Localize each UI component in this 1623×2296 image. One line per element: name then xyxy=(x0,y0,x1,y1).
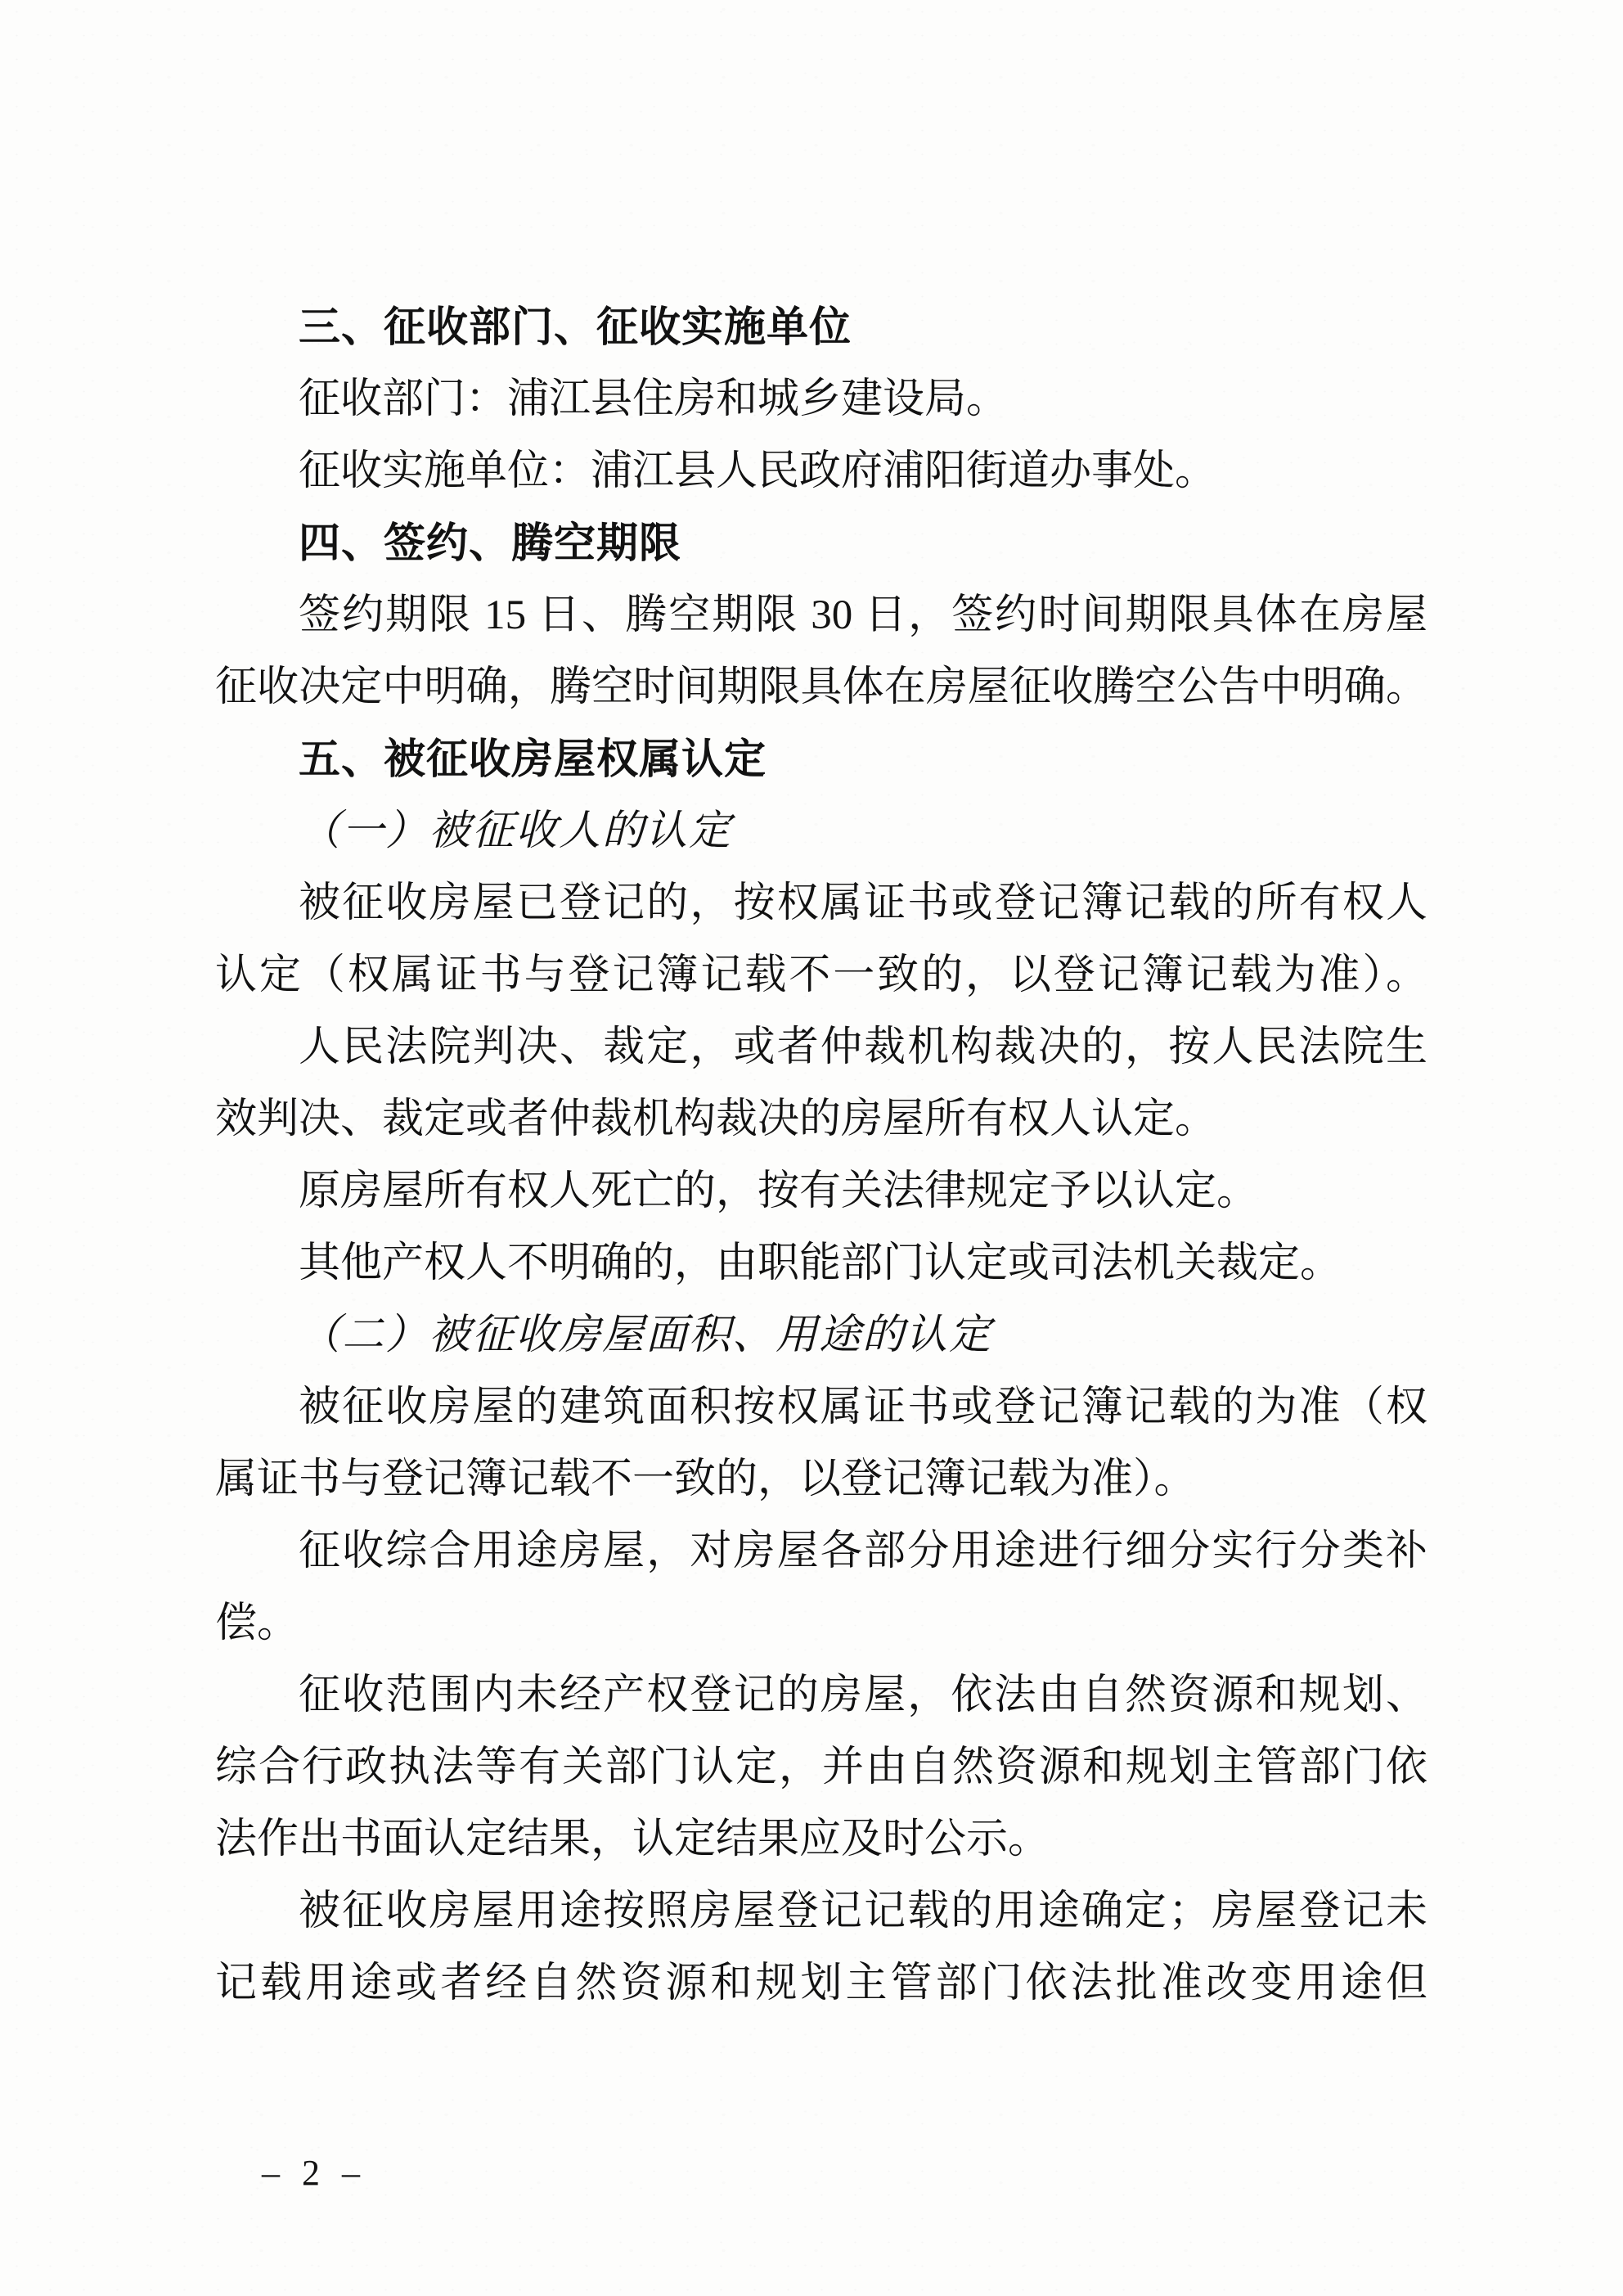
body-line: 签约期限 15 日、腾空期限 30 日，签约时间期限具体在房屋 xyxy=(215,579,1427,651)
document-body: 三、征收部门、征收实施单位征收部门：浦江县住房和城乡建设局。征收实施单位：浦江县… xyxy=(215,291,1427,2019)
body-line: 征收范围内未经产权登记的房屋，依法由自然资源和规划、 xyxy=(215,1659,1427,1731)
section-heading: 五、被征收房屋权属认定 xyxy=(215,723,1427,795)
document-page: 三、征收部门、征收实施单位征收部门：浦江县住房和城乡建设局。征收实施单位：浦江县… xyxy=(0,0,1623,2296)
body-line: 综合行政执法等有关部门认定，并由自然资源和规划主管部门依 xyxy=(215,1731,1427,1803)
body-line: 人民法院判决、裁定，或者仲裁机构裁决的，按人民法院生 xyxy=(215,1011,1427,1083)
body-line: 原房屋所有权人死亡的，按有关法律规定予以认定。 xyxy=(215,1155,1427,1227)
subsection-heading: （一）被征收人的认定 xyxy=(215,795,1427,867)
body-line: 征收部门：浦江县住房和城乡建设局。 xyxy=(215,363,1427,435)
body-line: 效判决、裁定或者仲裁机构裁决的房屋所有权人认定。 xyxy=(215,1083,1427,1155)
body-line: 属证书与登记簿记载不一致的，以登记簿记载为准）。 xyxy=(215,1443,1427,1515)
section-heading: 四、签约、腾空期限 xyxy=(215,507,1427,579)
body-line: 记载用途或者经自然资源和规划主管部门依法批准改变用途但 xyxy=(215,1947,1427,2019)
body-line: 被征收房屋已登记的，按权属证书或登记簿记载的所有权人 xyxy=(215,867,1427,939)
body-line: 被征收房屋的建筑面积按权属证书或登记簿记载的为准（权 xyxy=(215,1371,1427,1443)
body-line: 征收实施单位：浦江县人民政府浦阳街道办事处。 xyxy=(215,435,1427,507)
body-line: 被征收房屋用途按照房屋登记记载的用途确定；房屋登记未 xyxy=(215,1875,1427,1947)
body-line: 征收决定中明确，腾空时间期限具体在房屋征收腾空公告中明确。 xyxy=(215,651,1427,723)
body-line: 偿。 xyxy=(215,1587,1427,1659)
body-line: 其他产权人不明确的，由职能部门认定或司法机关裁定。 xyxy=(215,1227,1427,1299)
body-line: 认定（权属证书与登记簿记载不一致的，以登记簿记载为准）。 xyxy=(215,939,1427,1011)
body-line: 征收综合用途房屋，对房屋各部分用途进行细分实行分类补 xyxy=(215,1515,1427,1587)
page-number: – 2 – xyxy=(262,2152,366,2195)
subsection-heading: （二）被征收房屋面积、用途的认定 xyxy=(215,1299,1427,1371)
section-heading: 三、征收部门、征收实施单位 xyxy=(215,291,1427,363)
body-line: 法作出书面认定结果，认定结果应及时公示。 xyxy=(215,1803,1427,1875)
